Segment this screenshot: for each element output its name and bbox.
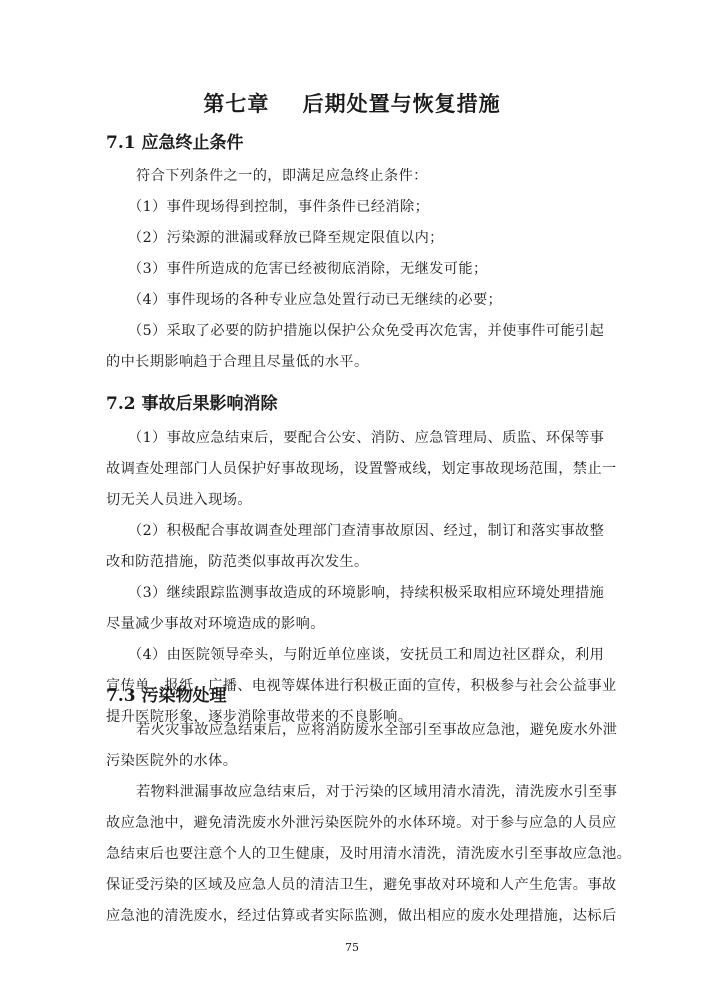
paragraph-line: 故调查处理部门人员保护好事故现场，设置警戒线，划定事故现场范围，禁止一 bbox=[106, 458, 617, 478]
paragraph-line: 保证受污染的区域及应急人员的清洁卫生，避免事故对环境和人产生危害。事故 bbox=[106, 874, 617, 894]
paragraph-line: 急结束后也要注意个人的卫生健康，及时用清水清洗，清洗废水引至事故应急池。 bbox=[106, 843, 631, 863]
list-item: （2）积极配合事故调查处理部门查清事故原因、经过，制订和落实事故整 bbox=[128, 520, 604, 540]
chapter-title: 第七章 后期处置与恢复措施 bbox=[106, 88, 598, 118]
paragraph-line: 污染医院外的水体。 bbox=[106, 750, 237, 770]
section-title-7-1: 7.1 应急终止条件 bbox=[106, 128, 244, 153]
list-item: （2）污染源的泄漏或释放已降至规定限值以内； bbox=[128, 227, 444, 247]
list-item: （1）事件现场得到控制，事件条件已经消除； bbox=[128, 196, 429, 216]
paragraph-line: 应急池的清洗废水，经过估算或者实际监测，做出相应的废水处理措施，达标后 bbox=[106, 905, 617, 925]
list-item: （4）事件现场的各种专业应急处置行动已无继续的必要； bbox=[128, 289, 502, 309]
paragraph-line: 符合下列条件之一的，即满足应急终止条件： bbox=[136, 165, 428, 185]
paragraph-line: 尽量减少事故对环境造成的影响。 bbox=[106, 613, 325, 633]
list-item: （1）事故应急结束后，要配合公安、消防、应急管理局、质监、环保等事 bbox=[128, 427, 604, 447]
paragraph-line: 若火灾事故应急结束后，应将消防废水全部引至事故应急池，避免废水外泄 bbox=[136, 719, 617, 739]
paragraph-line: 若物料泄漏事故应急结束后，对于污染的区域用清水清洗，清洗废水引至事 bbox=[136, 781, 617, 801]
paragraph-line: 的中长期影响趋于合理且尽量低的水平。 bbox=[106, 351, 369, 371]
section-title-7-2: 7.2 事故后果影响消除 bbox=[106, 389, 278, 414]
page-number: 75 bbox=[106, 941, 598, 954]
section-title-7-3: 7.3 污染物处理 bbox=[106, 681, 227, 706]
list-item: （3）继续跟踪监测事故造成的环境影响，持续积极采取相应环境处理措施 bbox=[128, 582, 604, 602]
paragraph-line: 改和防范措施，防范类似事故再次发生。 bbox=[106, 551, 369, 571]
list-item: （3）事件所造成的危害已经被彻底消除，无继发可能； bbox=[128, 258, 488, 278]
list-item: （5）采取了必要的防护措施以保护公众免受再次危害，并使事件可能引起 bbox=[128, 320, 604, 340]
paragraph-line: 故应急池中，避免清洗废水外泄污染医院外的水体环境。对于参与应急的人员应 bbox=[106, 812, 617, 832]
list-item: （4）由医院领导牵头，与附近单位座谈，安抚员工和周边社区群众，利用 bbox=[128, 644, 604, 664]
paragraph-line: 切无关人员进入现场。 bbox=[106, 489, 252, 509]
